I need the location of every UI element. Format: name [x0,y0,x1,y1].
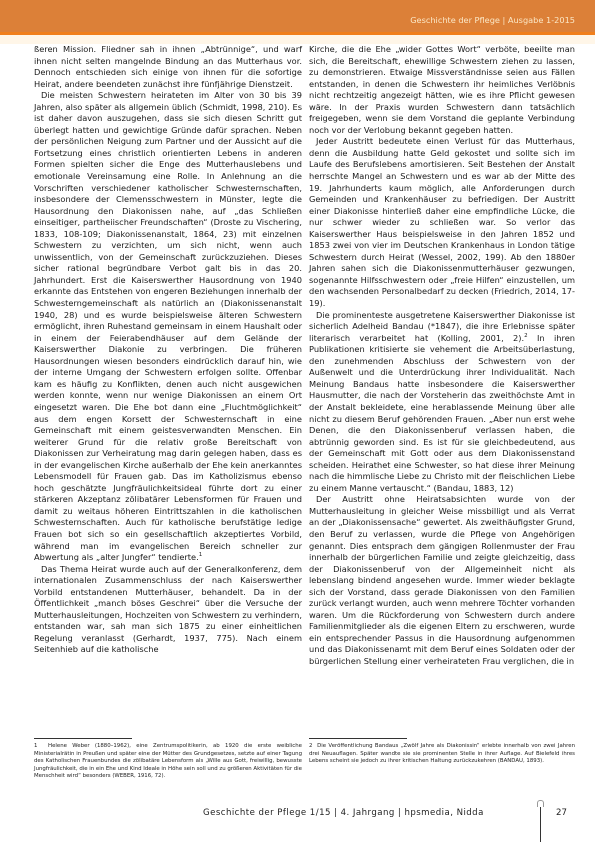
paragraph: Jeder Austritt bedeutete einen Verlust f… [309,136,575,309]
footnote-number: 2 [309,743,312,749]
paragraph-text: Die meisten Schwestern heirateten im Alt… [34,90,302,562]
footnote-number: 1 [34,743,37,749]
left-column: ßeren Mission. Fliedner sah in ihnen „Ab… [34,44,302,656]
running-title: Geschichte der Pflege | Ausgabe 1-2015 [410,15,575,25]
page-number: 27 [556,808,567,818]
footer-citation: Geschichte der Pflege 1/15 | 4. Jahrgang… [203,808,484,818]
footnote-rule-left [34,738,132,739]
paragraph: Die prominenteste ausgetretene Kaiserswe… [309,310,575,495]
footnote-text: Helene Weber (1880–1962), eine Zentrumsp… [34,743,302,779]
paragraph: Die meisten Schwestern heirateten im Alt… [34,90,302,563]
paragraph: Kirche, die die Ehe „wider Gottes Wort“ … [309,44,575,136]
footnote-ref[interactable]: 1 [199,552,203,558]
paragraph: Das Thema Heirat wurde auch auf der Gene… [34,564,302,656]
footnote-text: Die Veröffentlichung Bandaus „Zwölf Jahr… [309,743,575,764]
header-cream-band [0,35,595,44]
paragraph-text: In ihren Publikationen kritisierte sie v… [309,333,575,493]
footnote-1: 1 Helene Weber (1880–1962), eine Zentrum… [34,743,302,781]
footnote-rule-right [309,738,407,739]
footnote-2: 2 Die Veröffentlichung Bandaus „Zwölf Ja… [309,743,575,766]
right-column: Kirche, die die Ehe „wider Gottes Wort“ … [309,44,575,668]
footer-divider [540,802,541,842]
paragraph: ßeren Mission. Fliedner sah in ihnen „Ab… [34,44,302,90]
footer-divider-cap [537,800,544,807]
paragraph: Der Austritt ohne Heiratsabsichten wurde… [309,494,575,667]
